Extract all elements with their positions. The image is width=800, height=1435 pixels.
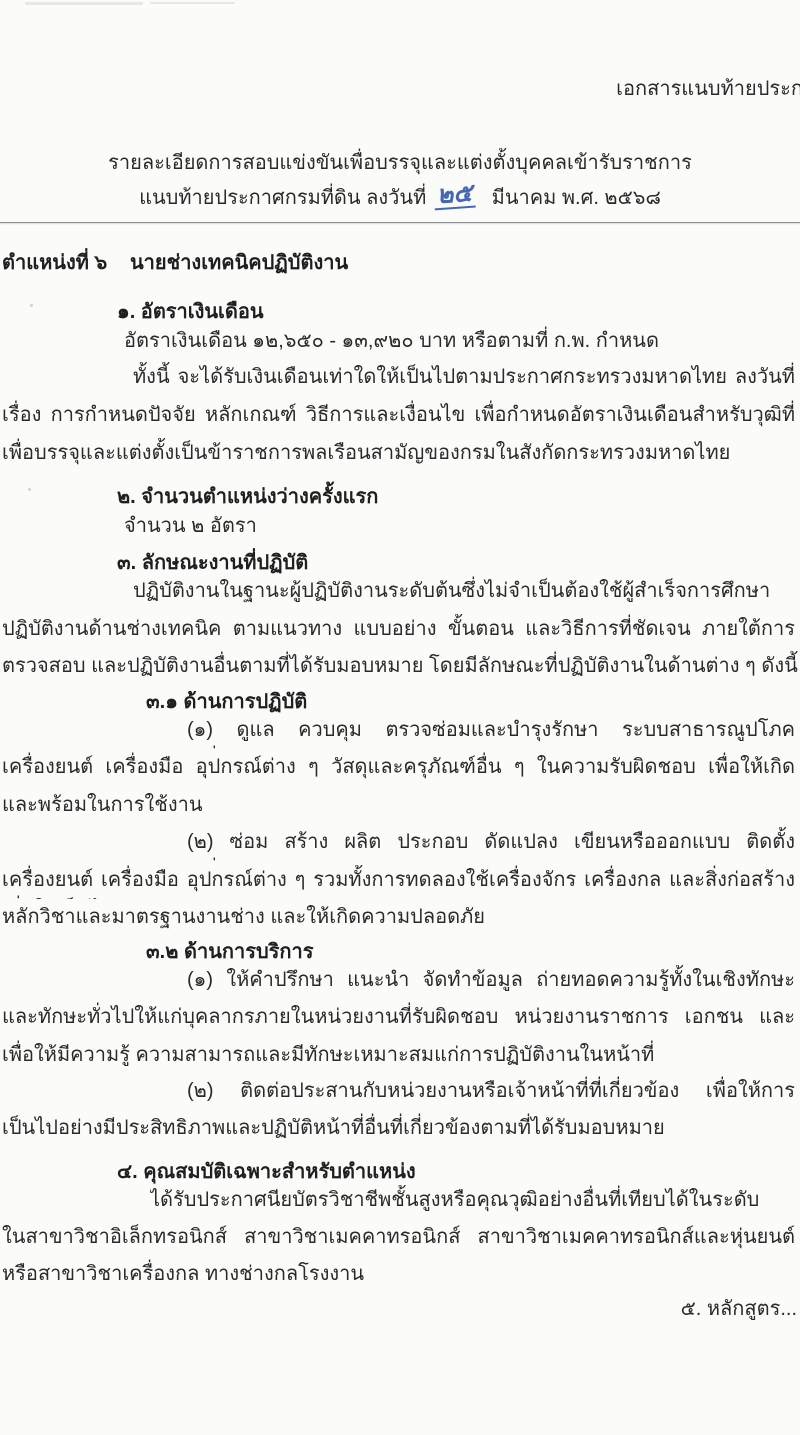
sub1-item1-line: เครื่องยนต์ เครื่องมือ อุปกรณ์ต่าง ๆ วัส… (2, 752, 795, 786)
section3-paragraph-line: ปฏิบัติงานด้านช่างเทคนิค ตามแนวทาง แบบอย… (2, 614, 795, 648)
position-name: นายช่างเทคนิคปฏิบัติงาน (130, 248, 348, 282)
sub2-item1-line: (๑) ให้คำปรึกษา แนะนำ จัดทำข้อมูล ถ่ายทอ… (187, 965, 795, 999)
section4-paragraph-line: ในสาขาวิชาอิเล็กทรอนิกส์ สาขาวิชาเมคคาทร… (2, 1222, 795, 1256)
scan-artifact (150, 2, 235, 4)
sub2-item2-line: เป็นไปอย่างมีประสิทธิภาพและปฏิบัติหน้าที… (2, 1113, 665, 1147)
header-divider-shadow (0, 223, 800, 225)
document-page: เอกสารแนบท้ายประก รายละเอียดการสอบแข่งขั… (0, 0, 800, 1435)
position-label: ตำแหน่งที่ ๖ (2, 248, 107, 282)
sub2-item1-line: เพื่อให้มีความรู้ ความสามารถและมีทักษะเห… (2, 1040, 654, 1074)
sub1-item2-line: (๒) ซ่อม สร้าง ผลิต ประกอบ ดัดแปลง เขียน… (187, 827, 795, 861)
section1-rate-line: อัตราเงินเดือน ๑๒,๖๕๐ - ๑๓,๙๒๐ บาท หรือต… (124, 326, 659, 360)
section3-paragraph-line: ปฏิบัติงานในฐานะผู้ปฏิบัติงานระดับต้นซึ่… (133, 576, 795, 610)
scan-artifact (28, 488, 31, 491)
sub1-item2-line: เครื่องยนต์ เครื่องมือ อุปกรณ์ต่าง ๆ รวม… (2, 865, 795, 899)
sub2-item1-line: และทักษะทั่วไปให้แก่บุคลากรภายในหน่วยงาน… (2, 1002, 795, 1036)
document-title: รายละเอียดการสอบแข่งขันเพื่อบรรจุและแต่ง… (0, 148, 800, 182)
page-catchword: ๕. หลักสูตร... (681, 1294, 797, 1324)
scan-artifact (30, 304, 33, 307)
section1-paragraph-line: เรื่อง การกำหนดปัจจัย หลักเกณฑ์ วิธีการแ… (2, 400, 795, 434)
section4-paragraph-line: ได้รับประกาศนียบัตรวิชาชีพชั้นสูงหรือคุณ… (150, 1185, 795, 1219)
section4-paragraph-line: หรือสาขาวิชาเครื่องกล ทางช่างกลโรงงาน (2, 1259, 364, 1293)
sub2-item2-line: (๒) ติดต่อประสานกับหน่วยงานหรือเจ้าหน้าท… (187, 1076, 795, 1110)
date-prefix: แนบท้ายประกาศกรมที่ดิน ลงวันที่ (139, 183, 426, 213)
document-date-line: แนบท้ายประกาศกรมที่ดิน ลงวันที่ ๒๕ มีนาค… (0, 183, 800, 213)
sub1-item1-line: (๑) ดูแล ควบคุม ตรวจซ่อมและบำรุงรักษา ระ… (187, 715, 795, 749)
sub1-item1-line: และพร้อมในการใช้งาน (2, 790, 203, 824)
scan-artifact (25, 2, 143, 5)
section2-count-line: จำนวน ๒ อัตรา (124, 511, 257, 545)
date-suffix: มีนาคม พ.ศ. ๒๕๖๘ (492, 183, 661, 213)
section3-paragraph-line: ตรวจสอบ และปฏิบัติงานอื่นตามที่ได้รับมอบ… (2, 651, 798, 685)
section1-paragraph-line: เพื่อบรรจุและแต่งตั้งเป็นข้าราชการพลเรือ… (2, 438, 730, 472)
section1-paragraph-line: ทั้งนี้ จะได้รับเงินเดือนเท่าใดให้เป็นไป… (133, 362, 795, 396)
sub1-item2-line: หลักวิชาและมาตรฐานงานช่าง และให้เกิดความ… (2, 902, 485, 936)
attachment-note: เอกสารแนบท้ายประก (616, 74, 800, 108)
handwritten-day: ๒๕ (433, 181, 476, 211)
